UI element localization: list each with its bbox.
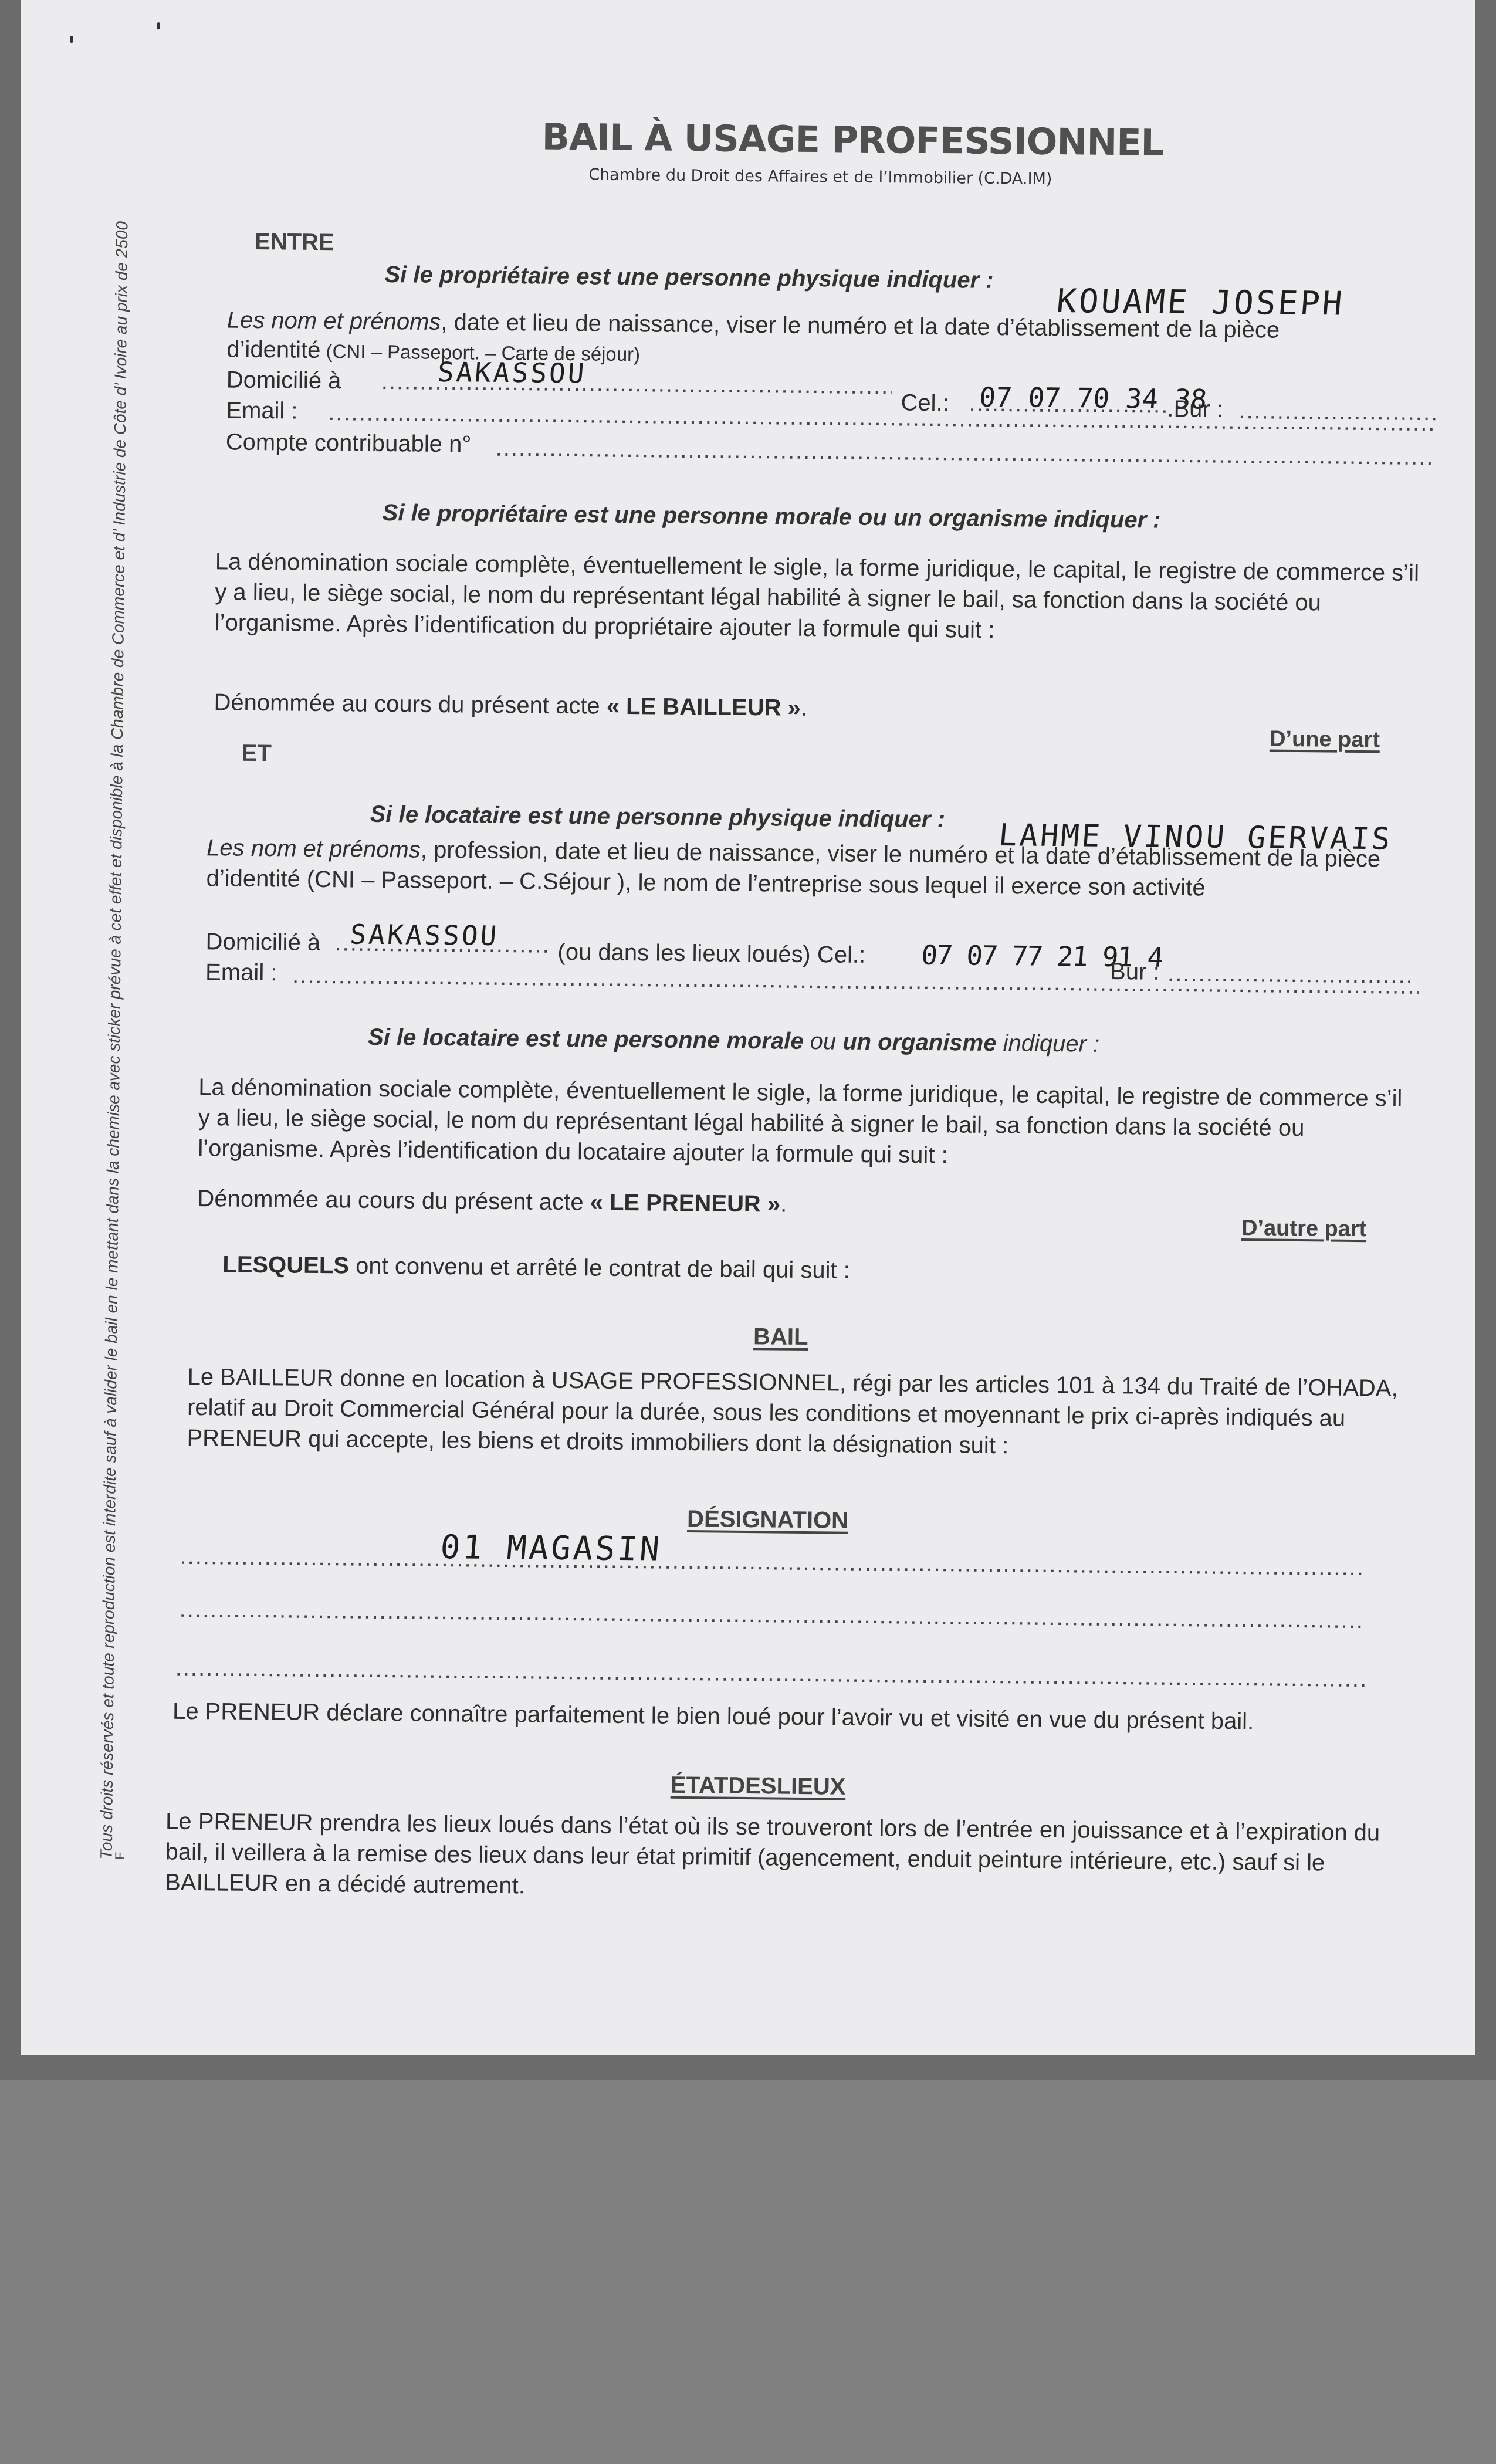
preneur-domicile-label: Domicilié à bbox=[205, 929, 320, 956]
bailleur-physique-heading: Si le propriétaire est une personne phys… bbox=[384, 262, 993, 294]
scanned-page: BAIL À USAGE PROFESSIONNEL Chambre du Dr… bbox=[21, 0, 1475, 2055]
bailleur-domicile-label: Domicilié à bbox=[226, 367, 341, 394]
heading-part: Si le locataire est une personne morale bbox=[368, 1024, 804, 1054]
designation-heading: DÉSIGNATION bbox=[687, 1506, 848, 1534]
preneur-physique-heading: Si le locataire est une personne physiqu… bbox=[370, 801, 946, 833]
denomination-role: « LE PRENEUR » bbox=[590, 1189, 780, 1217]
preneur-email-label: Email : bbox=[205, 959, 277, 986]
designation-line-3[interactable]: ........................................… bbox=[175, 1655, 1366, 1693]
lesquels-rest: ont convenu et arrêté le contrat de bail… bbox=[349, 1253, 850, 1284]
lesquels-bold: LESQUELS bbox=[222, 1251, 349, 1278]
side-mark: F bbox=[113, 1852, 128, 1860]
bail-heading: BAIL bbox=[753, 1324, 808, 1351]
heading-part: un organisme bbox=[842, 1029, 997, 1057]
preneur-domicile-value[interactable]: SAKASSOU bbox=[349, 919, 500, 952]
instructions-italic: Les nom et prénoms bbox=[207, 835, 421, 862]
preneur-morale-text: La dénomination sociale complète, éventu… bbox=[198, 1072, 1419, 1175]
preneur-denomination: Dénommée au cours du présent acte « LE P… bbox=[197, 1186, 787, 1218]
denomination-suffix: . bbox=[801, 695, 808, 721]
preneur-domicile-suffix: (ou dans les lieux loués) Cel.: bbox=[557, 939, 865, 969]
bailleur-email-label: Email : bbox=[226, 397, 298, 424]
document-subtitle: Chambre du Droit des Affaires et de l’Im… bbox=[588, 165, 1052, 188]
denomination-prefix: Dénommée au cours du présent acte bbox=[197, 1186, 590, 1215]
document-title: BAIL À USAGE PROFESSIONNEL bbox=[541, 116, 1163, 164]
denomination-suffix: . bbox=[780, 1192, 787, 1217]
etat-des-lieux-heading: ÉTATDESLIEUX bbox=[671, 1772, 846, 1800]
preneur-physique-instructions: Les nom et prénoms, profession, date et … bbox=[206, 832, 1427, 905]
designation-line-2[interactable]: ........................................… bbox=[179, 1596, 1364, 1634]
identity-label: d’identité bbox=[226, 336, 321, 363]
staple-mark bbox=[157, 22, 160, 29]
etat-des-lieux-text: Le PRENEUR prendra les lieux loués dans … bbox=[165, 1806, 1392, 1910]
denomination-role: « LE BAILLEUR » bbox=[607, 693, 801, 721]
lesquels-sentence: LESQUELS ont convenu et arrêté le contra… bbox=[222, 1251, 850, 1284]
bailleur-morale-heading: Si le propriétaire est une personne mora… bbox=[382, 500, 1160, 534]
bail-text: Le BAILLEUR donne en location à USAGE PR… bbox=[187, 1362, 1419, 1465]
instructions-italic: Les nom et prénoms bbox=[227, 307, 441, 334]
heading-part: indiquer : bbox=[996, 1030, 1099, 1057]
entre-label: ENTRE bbox=[255, 229, 334, 256]
heading-part: ou bbox=[803, 1028, 842, 1055]
denomination-prefix: Dénommée au cours du présent acte bbox=[214, 689, 607, 719]
preneur-morale-heading: Si le locataire est une personne morale … bbox=[368, 1024, 1100, 1058]
page-content: BAIL À USAGE PROFESSIONNEL Chambre du Dr… bbox=[21, 0, 1475, 2055]
bailleur-compte-label: Compte contribuable n° bbox=[226, 429, 472, 458]
designation-line-1[interactable]: ........................................… bbox=[180, 1544, 1365, 1581]
designation-value-1[interactable]: 01 MAGASIN bbox=[439, 1528, 663, 1569]
d-autre-part-label: D’autre part bbox=[1241, 1216, 1367, 1242]
d-une-part-label: D’une part bbox=[1270, 727, 1380, 753]
side-copyright-note: Tous droits réservés et toute reproducti… bbox=[97, 221, 132, 1860]
bailleur-morale-text: La dénomination sociale complète, éventu… bbox=[215, 546, 1436, 649]
bailleur-denomination: Dénommée au cours du présent acte « LE B… bbox=[214, 689, 807, 722]
bailleur-compte-field[interactable]: ........................................… bbox=[496, 435, 1434, 471]
bailleur-domicile-value[interactable]: SAKASSOU bbox=[436, 356, 588, 389]
designation-note: Le PRENEUR déclare connaître parfaitemen… bbox=[172, 1698, 1254, 1735]
et-label: ET bbox=[242, 740, 272, 767]
staple-mark bbox=[70, 36, 73, 43]
